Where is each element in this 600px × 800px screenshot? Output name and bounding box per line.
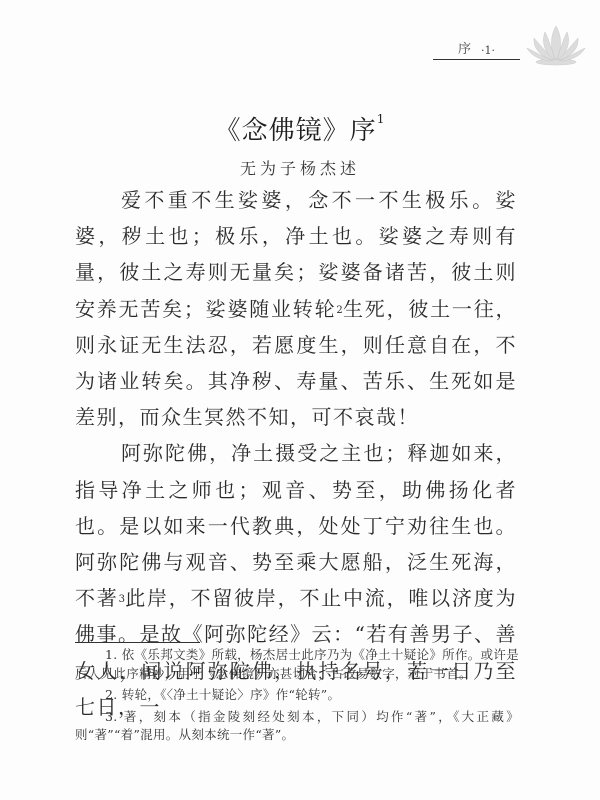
footnote-ref: 2 <box>336 305 342 316</box>
text-segment: 阿弥陀佛，净土摄受之主也；释迦如来，指导净土之师也；观音、势至，助佛扬化者也。是… <box>75 441 517 610</box>
page-number: ·1· <box>481 44 495 57</box>
footnote: 1. 依《乐邦文类》所载，杨杰居士此序乃为《净土十疑论》所作。或许是后人见此序精… <box>75 646 519 683</box>
footnote: 2. 转轮，《〈净土十疑论〉序》作“轮转”。 <box>75 686 519 705</box>
running-head: 序 ·1· <box>433 38 520 60</box>
section-label: 序 <box>458 38 471 57</box>
footnote-ref: 1 <box>377 112 386 126</box>
footnote-divider <box>75 642 200 643</box>
paragraph: 爱不重不生娑婆，念不一不生极乐。娑婆，秽土也；极乐，净土也。娑婆之寿则有量，彼土… <box>75 182 517 435</box>
footnote: 3. 著，刻本（指金陵刻经处刻本，下同）均作“著”，《大正藏》则“著”“着”混用… <box>75 708 519 745</box>
body-text: 爱不重不生娑婆，念不一不生极乐。娑婆，秽土也；极乐，净土也。娑婆之寿则有量，彼土… <box>75 182 517 725</box>
author-byline: 无为子杨杰述 <box>0 156 600 179</box>
footnote-ref: 3 <box>119 594 125 605</box>
footnotes: 1. 依《乐邦文类》所载，杨杰居士此序乃为《净土十疑论》所作。或许是后人见此序精… <box>75 646 519 748</box>
lotus-icon <box>525 22 587 66</box>
page-title: 《念佛镜》序1 <box>0 110 600 147</box>
title-text: 《念佛镜》序 <box>215 116 377 146</box>
